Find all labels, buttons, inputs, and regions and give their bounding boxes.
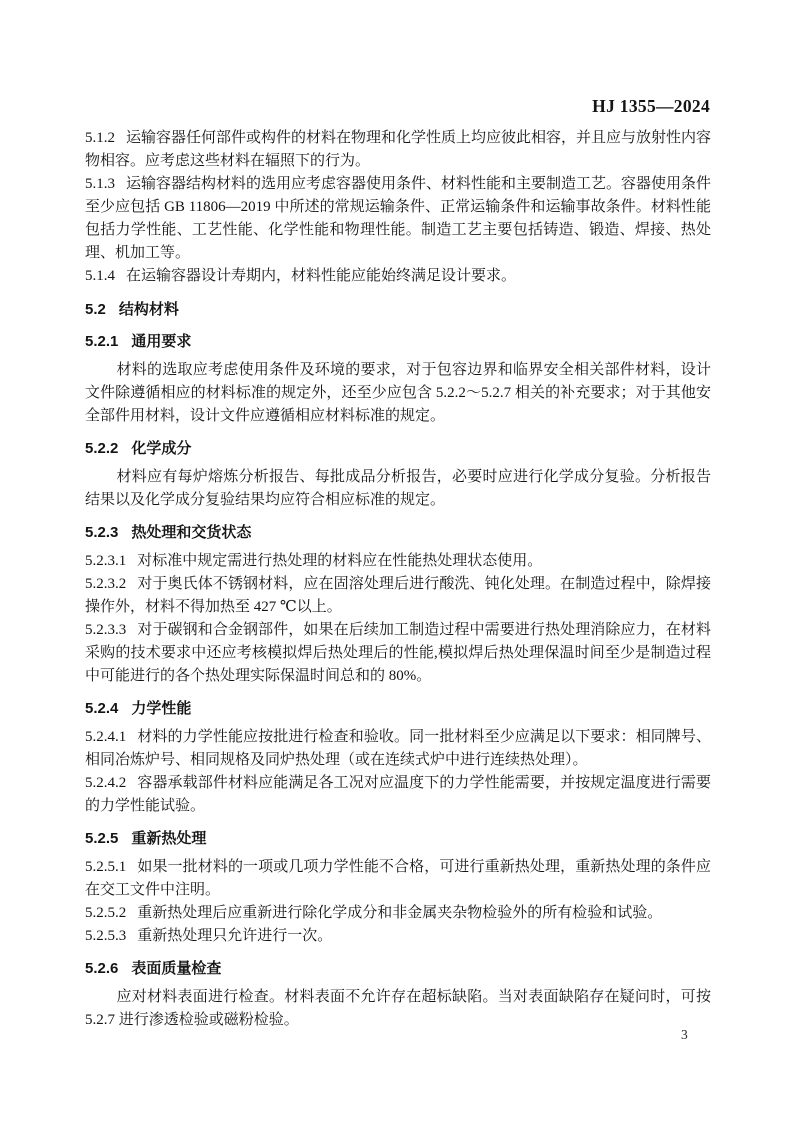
section-heading-5.2: 5.2结构材料 <box>85 298 711 321</box>
section-heading-5.2.6: 5.2.6表面质量检查 <box>85 957 711 980</box>
clause-text: 材料的力学性能应按批进行检查和验收。同一批材料至少应满足以下要求：相同牌号、相同… <box>85 729 711 768</box>
heading-title: 化学成分 <box>131 440 191 457</box>
standard-code-header: HJ 1355—2024 <box>592 96 710 117</box>
clause-text: 对标准中规定需进行热处理的材料应在性能热处理状态使用。 <box>137 553 542 569</box>
heading-number: 5.2.1 <box>85 333 131 350</box>
heading-title: 结构材料 <box>119 301 179 318</box>
clause-number: 5.2.5.3 <box>85 928 137 944</box>
heading-number: 5.2.5 <box>85 830 131 847</box>
paragraph-5.2.6: 应对材料表面进行检查。材料表面不允许存在超标缺陷。当对表面缺陷存在疑问时，可按 … <box>85 986 711 1032</box>
paragraph-text: 应对材料表面进行检查。材料表面不允许存在超标缺陷。当对表面缺陷存在疑问时，可按 … <box>85 989 711 1028</box>
paragraph-5.2.1: 材料的选取应考虑使用条件及环境的要求，对于包容边界和临界安全相关部件材料，设计文… <box>85 359 711 428</box>
clause-text: 容器承载部件材料应能满足各工况对应温度下的力学性能需要，并按规定温度进行需要的力… <box>85 775 711 814</box>
clause-number: 5.1.3 <box>85 176 126 192</box>
heading-title: 热处理和交货状态 <box>131 524 251 541</box>
clause-text: 运输容器结构材料的选用应考虑容器使用条件、材料性能和主要制造工艺。容器使用条件至… <box>85 176 711 261</box>
heading-number: 5.2.6 <box>85 960 131 977</box>
heading-title: 力学性能 <box>131 700 191 717</box>
clause-text: 对于奥氏体不锈钢材料，应在固溶处理后进行酸洗、钝化处理。在制造过程中，除焊接操作… <box>85 576 711 615</box>
heading-title: 通用要求 <box>131 333 191 350</box>
document-body: 5.1.2运输容器任何部件或构件的材料在物理和化学性质上均应彼此相容，并且应与放… <box>85 127 711 1032</box>
clause-number: 5.2.3.1 <box>85 553 137 569</box>
clause-number: 5.2.4.2 <box>85 775 137 791</box>
clause-5.2.5.3: 5.2.5.3重新热处理只允许进行一次。 <box>85 925 711 948</box>
section-heading-5.2.5: 5.2.5重新热处理 <box>85 827 711 850</box>
clause-text: 在运输容器设计寿期内，材料性能应能始终满足设计要求。 <box>126 268 516 284</box>
document-page: HJ 1355—2024 5.1.2运输容器任何部件或构件的材料在物理和化学性质… <box>0 0 793 1122</box>
section-heading-5.2.3: 5.2.3热处理和交货状态 <box>85 521 711 544</box>
paragraph-text: 材料应有每炉熔炼分析报告、每批成品分析报告，必要时应进行化学成分复验。分析报告结… <box>85 469 711 508</box>
heading-number: 5.2.2 <box>85 440 131 457</box>
paragraph-text: 材料的选取应考虑使用条件及环境的要求，对于包容边界和临界安全相关部件材料，设计文… <box>85 362 711 424</box>
clause-text: 重新热处理只允许进行一次。 <box>137 928 332 944</box>
clause-5.1.4: 5.1.4在运输容器设计寿期内，材料性能应能始终满足设计要求。 <box>85 265 711 288</box>
section-heading-5.2.4: 5.2.4力学性能 <box>85 697 711 720</box>
clause-5.1.3: 5.1.3运输容器结构材料的选用应考虑容器使用条件、材料性能和主要制造工艺。容器… <box>85 173 711 265</box>
clause-text: 对于碳钢和合金钢部件，如果在后续加工制造过程中需要进行热处理消除应力，在材料采购… <box>85 622 711 684</box>
clause-text: 如果一批材料的一项或几项力学性能不合格，可进行重新热处理，重新热处理的条件应在交… <box>85 859 711 898</box>
clause-text: 重新热处理后应重新进行除化学成分和非金属夹杂物检验外的所有检验和试验。 <box>137 905 662 921</box>
heading-title: 表面质量检查 <box>131 960 221 977</box>
paragraph-5.2.2: 材料应有每炉熔炼分析报告、每批成品分析报告，必要时应进行化学成分复验。分析报告结… <box>85 466 711 512</box>
clause-5.2.3.3: 5.2.3.3对于碳钢和合金钢部件，如果在后续加工制造过程中需要进行热处理消除应… <box>85 619 711 688</box>
heading-number: 5.2.3 <box>85 524 131 541</box>
clause-5.2.4.1: 5.2.4.1材料的力学性能应按批进行检查和验收。同一批材料至少应满足以下要求：… <box>85 726 711 772</box>
heading-title: 重新热处理 <box>131 830 206 847</box>
clause-number: 5.2.5.1 <box>85 859 137 875</box>
heading-number: 5.2.4 <box>85 700 131 717</box>
clause-number: 5.1.2 <box>85 130 126 146</box>
clause-5.2.3.1: 5.2.3.1对标准中规定需进行热处理的材料应在性能热处理状态使用。 <box>85 550 711 573</box>
clause-text: 运输容器任何部件或构件的材料在物理和化学性质上均应彼此相容，并且应与放射性内容物… <box>85 130 711 169</box>
clause-5.1.2: 5.1.2运输容器任何部件或构件的材料在物理和化学性质上均应彼此相容，并且应与放… <box>85 127 711 173</box>
clause-number: 5.2.3.3 <box>85 622 137 638</box>
clause-5.2.4.2: 5.2.4.2容器承载部件材料应能满足各工况对应温度下的力学性能需要，并按规定温… <box>85 772 711 818</box>
heading-number: 5.2 <box>85 301 119 318</box>
clause-number: 5.2.4.1 <box>85 729 137 745</box>
section-heading-5.2.2: 5.2.2化学成分 <box>85 437 711 460</box>
clause-number: 5.1.4 <box>85 268 126 284</box>
clause-5.2.5.2: 5.2.5.2重新热处理后应重新进行除化学成分和非金属夹杂物检验外的所有检验和试… <box>85 902 711 925</box>
clause-5.2.3.2: 5.2.3.2对于奥氏体不锈钢材料，应在固溶处理后进行酸洗、钝化处理。在制造过程… <box>85 573 711 619</box>
page-number: 3 <box>681 1027 688 1043</box>
clause-5.2.5.1: 5.2.5.1如果一批材料的一项或几项力学性能不合格，可进行重新热处理，重新热处… <box>85 856 711 902</box>
section-heading-5.2.1: 5.2.1通用要求 <box>85 330 711 353</box>
clause-number: 5.2.3.2 <box>85 576 137 592</box>
clause-number: 5.2.5.2 <box>85 905 137 921</box>
